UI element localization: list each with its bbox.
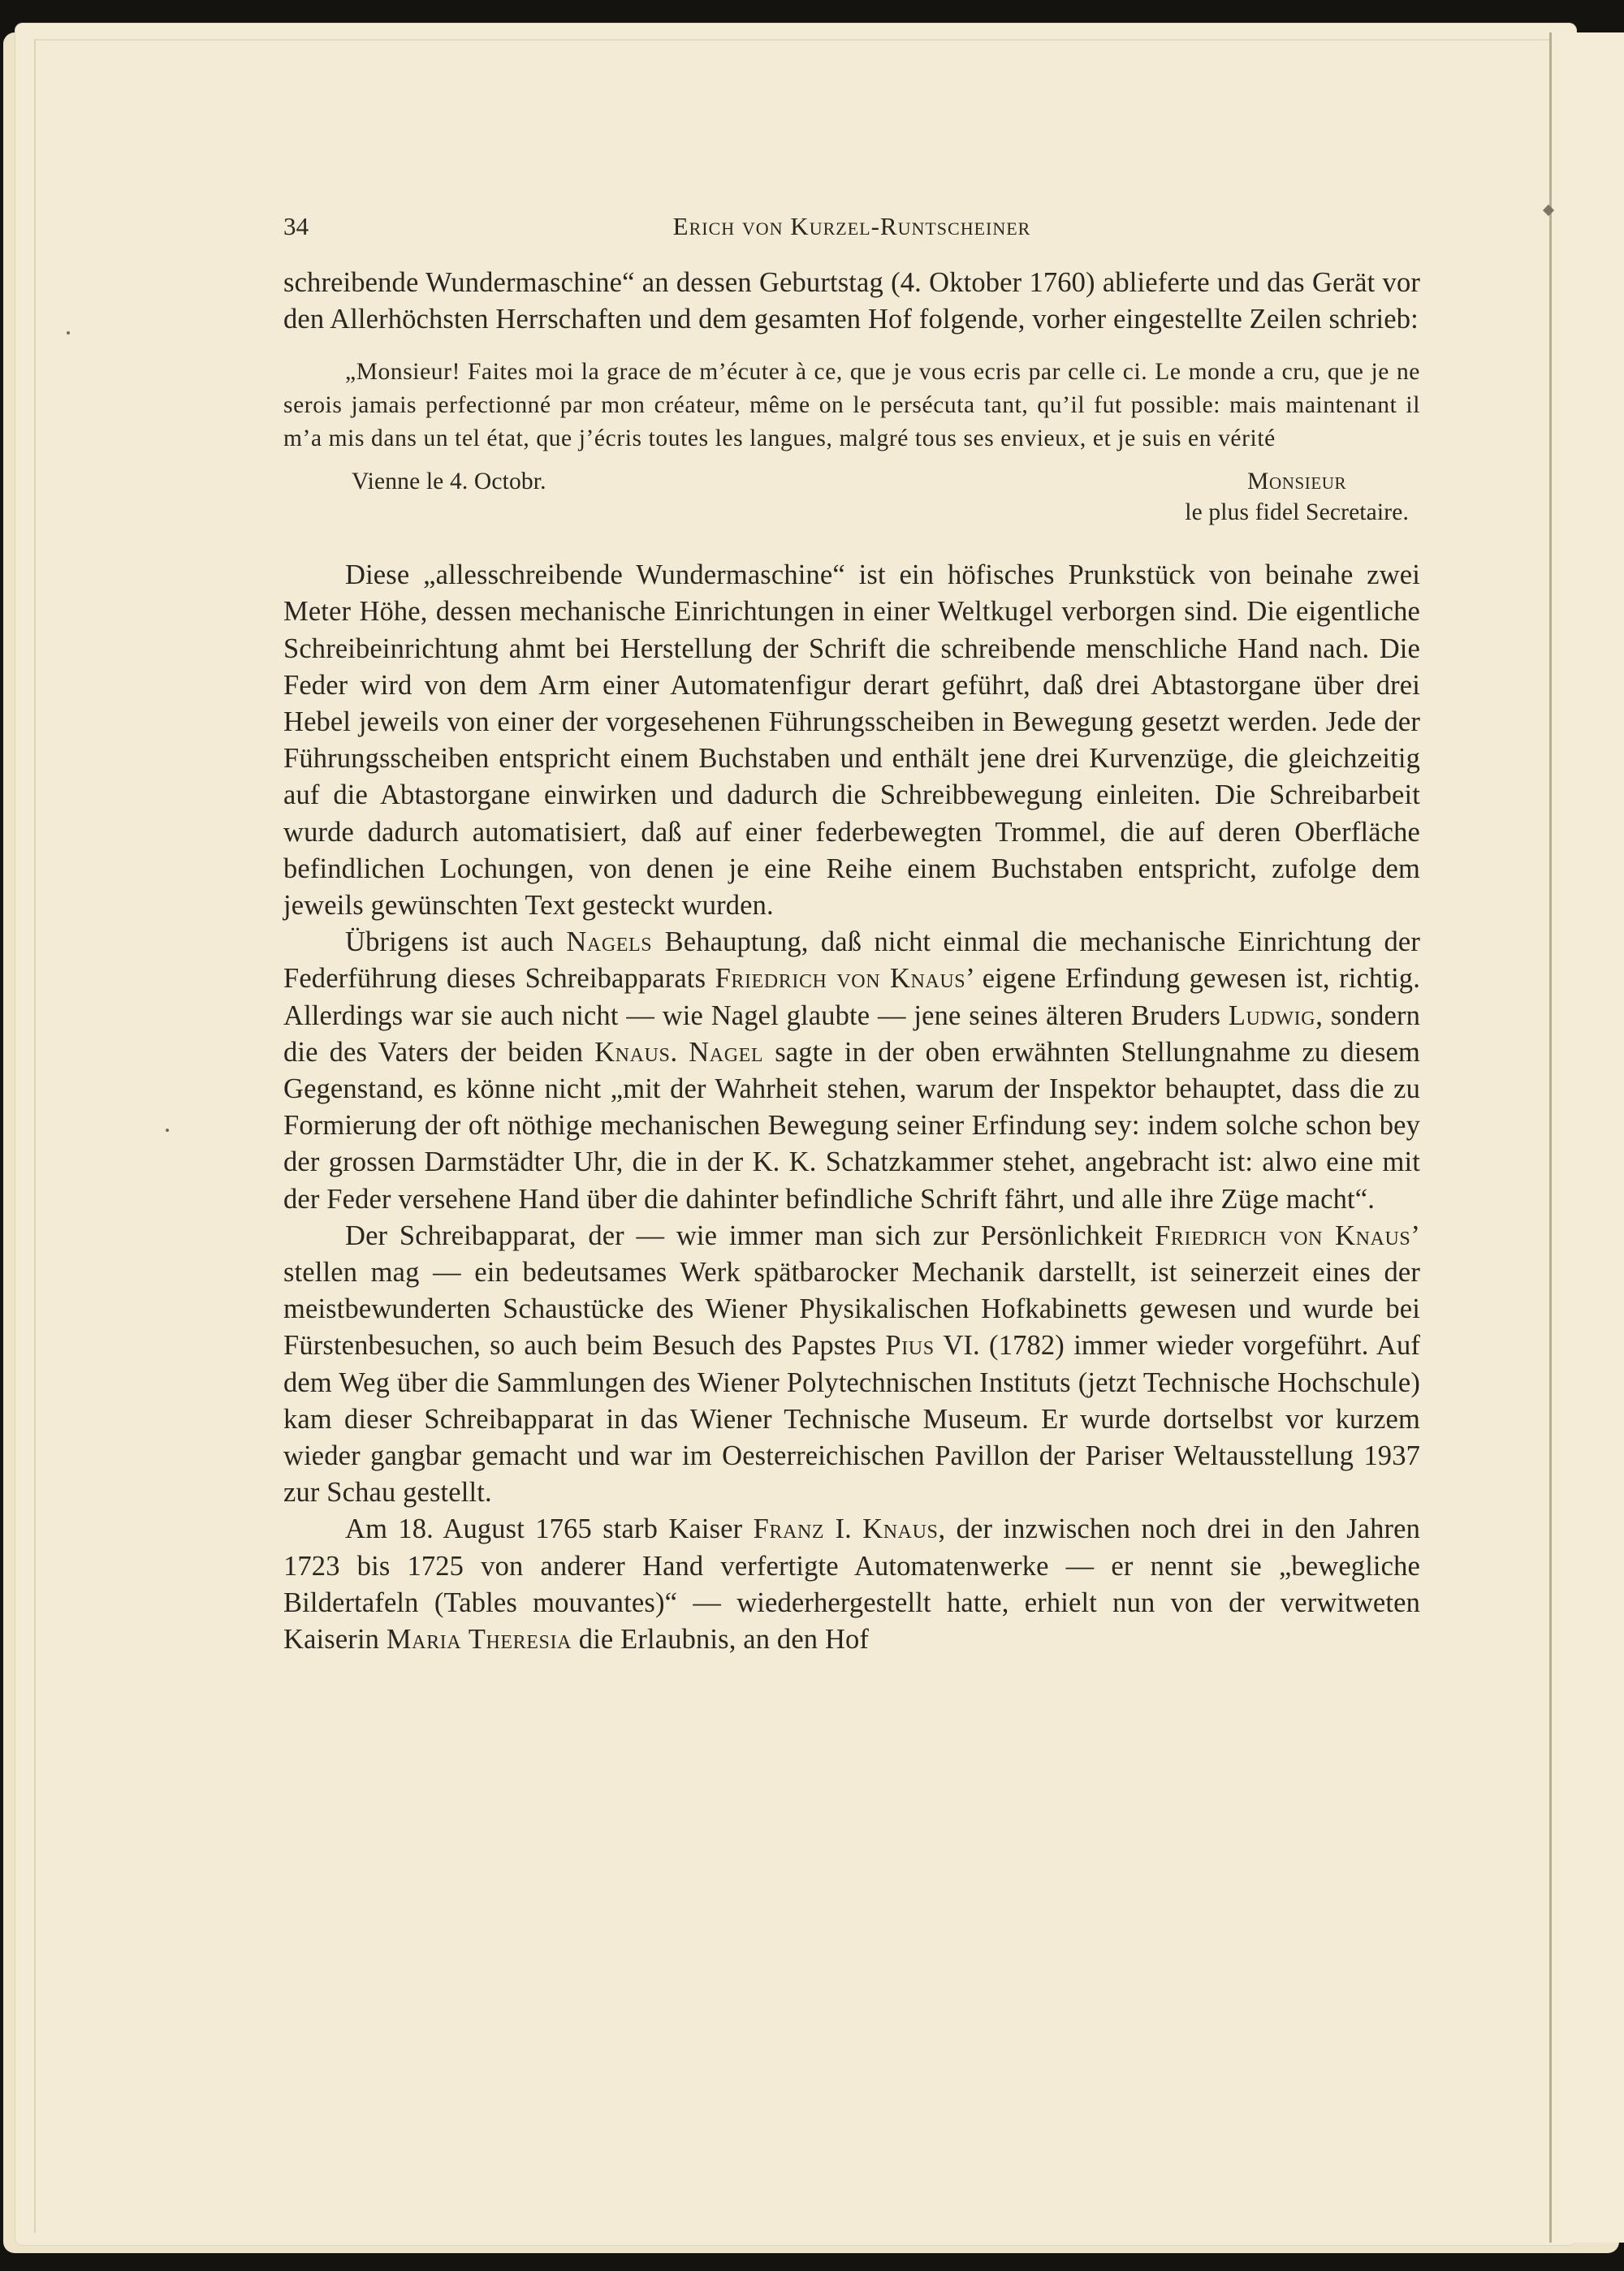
small-caps-name: Pius (885, 1330, 934, 1361)
letter-place-date: Vienne le 4. Octobr. (283, 466, 546, 528)
small-caps-name: Maria Theresia (387, 1624, 572, 1655)
running-header: 34 Erich von Kurzel-Runtscheiner (283, 208, 1420, 240)
small-caps-name: Franz (754, 1513, 825, 1544)
text-run: die Erlaubnis, an den Hof (572, 1624, 869, 1655)
running-title: Erich von Kurzel-Runtscheiner (340, 208, 1363, 244)
small-caps-name: Knaus (862, 1513, 938, 1544)
letter-salutation: Monsieur (1185, 466, 1409, 497)
paragraph: Der Schreibapparat, der — wie immer man … (283, 1218, 1420, 1512)
small-caps-name: Nagels (566, 926, 652, 957)
letter-quote: „Monsieur! Faites moi la grace de m’écut… (283, 356, 1420, 528)
page-content: 34 Erich von Kurzel-Runtscheiner schreib… (283, 208, 1420, 1658)
letter-signature: Monsieur le plus fidel Secretaire. (1185, 466, 1420, 528)
intro-paragraph: schreibende Wundermaschine“ an dessen Ge… (283, 265, 1420, 338)
text-run: . (670, 1037, 689, 1068)
paragraph: Diese „allesschreibende Wundermaschine“ … (283, 557, 1420, 924)
letter-body: „Monsieur! Faites moi la grace de m’écut… (283, 356, 1420, 455)
small-caps-name: Friedrich von Knaus (1155, 1220, 1410, 1251)
paragraph: Übrigens ist auch Nagels Behauptung, daß… (283, 924, 1420, 1218)
text-run: Der Schreibapparat, der — wie immer man … (345, 1220, 1155, 1251)
small-caps-name: Ludwig (1229, 1000, 1315, 1031)
speck-mark (166, 1129, 169, 1132)
text-run: Am 18. August 1765 starb Kaiser (345, 1513, 754, 1544)
letter-closing: le plus fidel Secretaire. (1185, 499, 1409, 525)
text-run: Übrigens ist auch (345, 926, 566, 957)
adjacent-page-edge (1549, 32, 1624, 2243)
letter-signature-row: Vienne le 4. Octobr. Monsieur le plus fi… (283, 466, 1420, 528)
small-caps-name: Friedrich von Knaus (715, 963, 966, 994)
text-run: Diese „allesschreibende Wundermaschine“ … (283, 559, 1420, 921)
paragraph: Am 18. August 1765 starb Kaiser Franz I.… (283, 1511, 1420, 1658)
body-text: Diese „allesschreibende Wundermaschine“ … (283, 557, 1420, 1658)
text-run: I. (824, 1513, 862, 1544)
small-caps-name: Knaus (594, 1037, 670, 1068)
page-number: 34 (283, 208, 340, 244)
speck-mark (67, 331, 70, 335)
small-caps-name: Nagel (689, 1037, 763, 1068)
